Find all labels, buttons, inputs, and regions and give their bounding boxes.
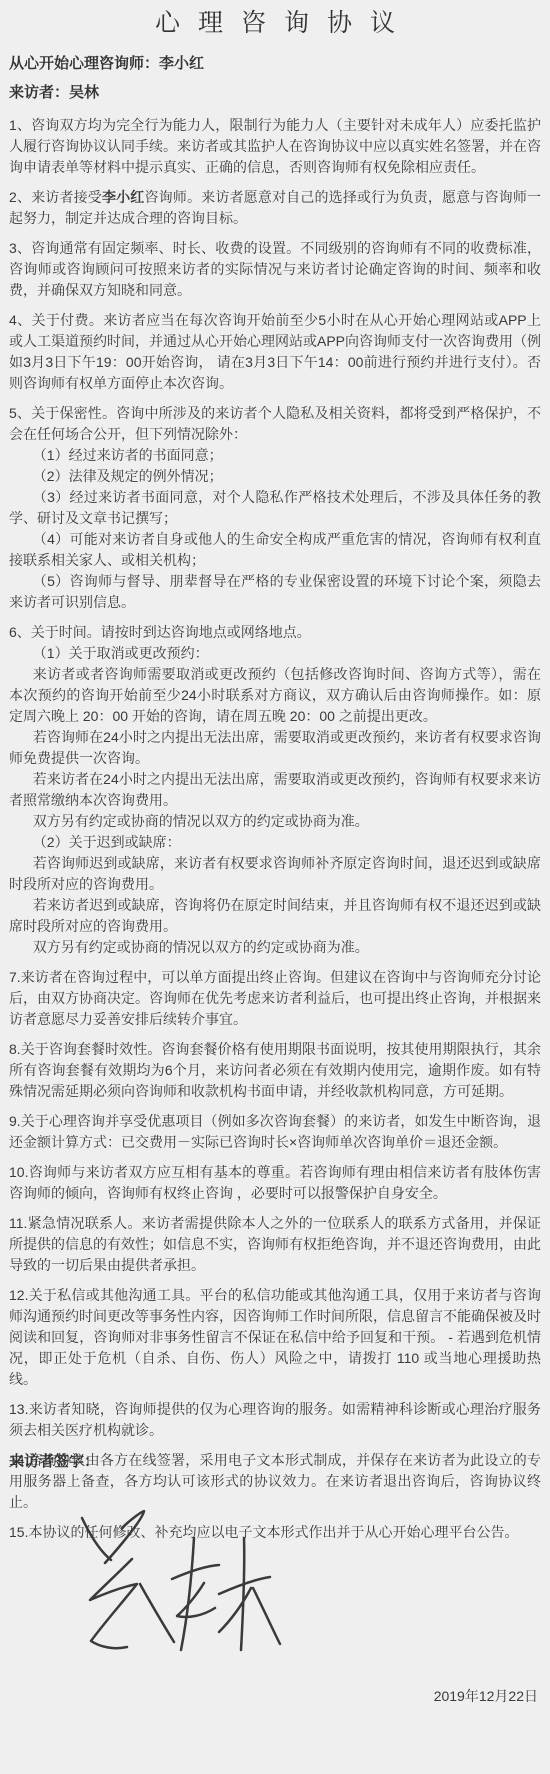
clause-11: 11.紧急情况联系人。来访者需提供除本人之外的一位联系人的联系方式备用，并保证所… xyxy=(9,1213,541,1276)
clause-1: 1、咨询双方均为完全行为能力人，限制行为能力人（主要针对未成年人）应委托监护人履… xyxy=(9,115,541,178)
clause-text: 10.咨询师与来访者双方应互相有基本的尊重。若咨询师有理由相信来访者有肢体伤害咨… xyxy=(9,1162,541,1204)
clause-6: 6、关于时间。请按时到达咨询地点或网络地点。 （1）关于取消或更改预约： 来访者… xyxy=(9,622,541,958)
page-title: 心理咨询协议 xyxy=(9,7,541,40)
clause-5-item-1: （1）经过来访者的书面同意； xyxy=(9,445,541,466)
clause-6-item-9: 双方另有约定或协商的情况以双方的约定或协商为准。 xyxy=(9,937,541,958)
clause-text: 7.来访者在咨询过程中，可以单方面提出终止咨询。但建议在咨询中与咨询师充分讨论后… xyxy=(9,967,541,1030)
clause-6-item-7: 若咨询师迟到或缺席，来访者有权要求咨询师补齐原定咨询时间，退还迟到或缺席时段所对… xyxy=(9,853,541,895)
clause-5-item-2: （2）法律及规定的例外情况； xyxy=(9,466,541,487)
clause-6-item-6: （2）关于迟到或缺席： xyxy=(9,832,541,853)
visitor-line: 来访者：吴林 xyxy=(9,83,541,103)
clause-text: 6、关于时间。请按时到达咨询地点或网络地点。 xyxy=(9,622,541,643)
clause-6-item-4: 若来访者在24小时之内提出无法出席，需要取消或更改预约，咨询师有权要求来访者照常… xyxy=(9,769,541,811)
clause-text: 12.关于私信或其他沟通工具。平台的私信功能或其他沟通工具，仅用于来访者与咨询师… xyxy=(9,1285,541,1390)
clause-list: 1、咨询双方均为完全行为能力人，限制行为能力人（主要针对未成年人）应委托监护人履… xyxy=(9,115,541,1543)
clause-text: 11.紧急情况联系人。来访者需提供除本人之外的一位联系人的联系方式备用，并保证所… xyxy=(9,1213,541,1276)
clause-text: 5、关于保密性。咨询中所涉及的来访者个人隐私及相关资料，都将受到严格保护，不会在… xyxy=(9,403,541,445)
clause-2: 2、来访者接受李小红咨询师。来访者愿意对自己的选择或行为负责，愿意与咨询师一起努… xyxy=(9,187,541,229)
clause-text: 3、咨询通常有固定频率、时长、收费的设置。不同级别的咨询师有不同的收费标准，咨询… xyxy=(9,238,541,301)
clause-6-item-1: （1）关于取消或更改预约： xyxy=(9,643,541,664)
clause-7: 7.来访者在咨询过程中，可以单方面提出终止咨询。但建议在咨询中与咨询师充分讨论后… xyxy=(9,967,541,1030)
clause-6-item-5: 双方另有约定或协商的情况以双方的约定或协商为准。 xyxy=(9,811,541,832)
clause-4: 4、关于付费。来访者应当在每次咨询开始前至少5小时在从心开始心理网站或APP上或… xyxy=(9,310,541,394)
clause-text: 1、咨询双方均为完全行为能力人，限制行为能力人（主要针对未成年人）应委托监护人履… xyxy=(9,115,541,178)
clause-5-item-5: （5）咨询师与督导、朋辈督导在严格的专业保密设置的环境下讨论个案，须隐去来访者可… xyxy=(9,571,541,613)
counselor-line: 从心开始心理咨询师：李小红 xyxy=(9,54,541,74)
clause-6-item-3: 若咨询师在24小时之内提出无法出席，需要取消或更改预约，来访者有权要求咨询师免费… xyxy=(9,727,541,769)
clause-12: 12.关于私信或其他沟通工具。平台的私信功能或其他沟通工具，仅用于来访者与咨询师… xyxy=(9,1285,541,1390)
counselor-name-inline: 李小红 xyxy=(102,189,145,205)
clause-text: 9.关于心理咨询并享受优惠项目（例如多次咨询套餐）的来访者，如发生中断咨询，退还… xyxy=(9,1111,541,1153)
clause-10: 10.咨询师与来访者双方应互相有基本的尊重。若咨询师有理由相信来访者有肢体伤害咨… xyxy=(9,1162,541,1204)
signature-label: 来访者签字： xyxy=(9,1450,99,1471)
signature-image xyxy=(64,1502,296,1670)
clause-8: 8.关于咨询套餐时效性。咨询套餐价格有使用期限书面说明，按其使用期限执行，其余所… xyxy=(9,1039,541,1102)
clause-text: 4、关于付费。来访者应当在每次咨询开始前至少5小时在从心开始心理网站或APP上或… xyxy=(9,310,541,394)
clause-5: 5、关于保密性。咨询中所涉及的来访者个人隐私及相关资料，都将受到严格保护，不会在… xyxy=(9,403,541,613)
clause-6-item-2: 来访者或者咨询师需要取消或更改预约（包括修改咨询时间、咨询方式等），需在本次预约… xyxy=(9,664,541,727)
clause-text: 8.关于咨询套餐时效性。咨询套餐价格有使用期限书面说明，按其使用期限执行，其余所… xyxy=(9,1039,541,1102)
signature-date: 2019年12月22日 xyxy=(434,1686,538,1706)
clause-5-item-3: （3）经过来访者书面同意，对个人隐私作严格技术处理后，不涉及具体任务的教学、研讨… xyxy=(9,487,541,529)
agreement-document: 心理咨询协议 从心开始心理咨询师：李小红 来访者：吴林 1、咨询双方均为完全行为… xyxy=(0,0,550,1543)
clause-6-item-8: 若来访者迟到或缺席，咨询将仍在原定时间结束，并且咨询师有权不退还迟到或缺席时段所… xyxy=(9,895,541,937)
clause-9: 9.关于心理咨询并享受优惠项目（例如多次咨询套餐）的来访者，如发生中断咨询，退还… xyxy=(9,1111,541,1153)
clause-text-before: 2、来访者接受 xyxy=(9,189,102,205)
clause-text: 2、来访者接受李小红咨询师。来访者愿意对自己的选择或行为负责，愿意与咨询师一起努… xyxy=(9,187,541,229)
clause-13: 13.来访者知晓，咨询师提供的仅为心理咨询的服务。如需精神科诊断或心理治疗服务须… xyxy=(9,1399,541,1441)
clause-5-item-4: （4）可能对来访者自身或他人的生命安全构成严重危害的情况，咨询师有权利直接联系相… xyxy=(9,529,541,571)
signature-strokes xyxy=(64,1502,296,1670)
clause-text: 13.来访者知晓，咨询师提供的仅为心理咨询的服务。如需精神科诊断或心理治疗服务须… xyxy=(9,1399,541,1441)
clause-3: 3、咨询通常有固定频率、时长、收费的设置。不同级别的咨询师有不同的收费标准，咨询… xyxy=(9,238,541,301)
